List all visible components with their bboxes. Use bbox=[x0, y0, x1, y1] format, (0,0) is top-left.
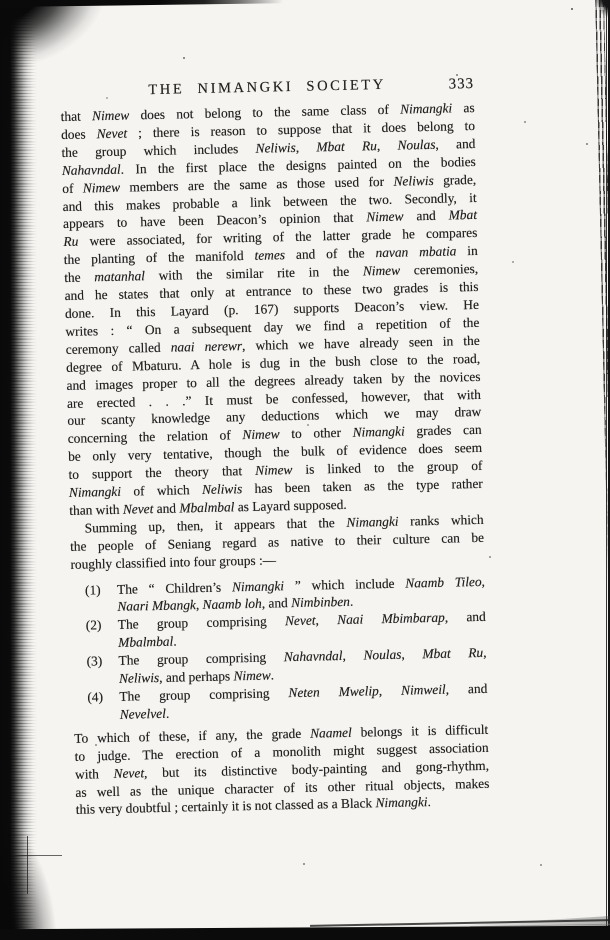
scanned-book-page: THE NIMANGKI SOCIETY 333 that Nimew does… bbox=[0, 0, 610, 940]
scan-bottom-left-corner-shadow bbox=[0, 765, 115, 940]
paragraph: that Nimew does not belong to the same c… bbox=[61, 99, 484, 520]
scan-right-edge bbox=[606, 0, 610, 940]
list-marker: (2) bbox=[86, 617, 102, 635]
page-title: THE NIMANGKI SOCIETY bbox=[148, 77, 386, 98]
list-marker: (1) bbox=[85, 581, 101, 599]
page-number: 333 bbox=[448, 76, 474, 94]
scan-crease-vertical-mark bbox=[27, 836, 28, 894]
list-item: (4)The group comprising Neten Mwelip, Ni… bbox=[73, 680, 488, 725]
list-marker: (3) bbox=[86, 652, 102, 670]
list-marker: (4) bbox=[87, 688, 103, 706]
scan-crease-horizontal-mark bbox=[12, 855, 62, 856]
scan-dust-speckles bbox=[0, 0, 2, 2]
page-content: THE NIMANGKI SOCIETY 333 that Nimew does… bbox=[60, 75, 490, 819]
page-body: that Nimew does not belong to the same c… bbox=[61, 99, 490, 819]
grade-group-list: (1)The “ Children’s Nimangki ” which inc… bbox=[71, 572, 488, 724]
paragraph: To which of these, if any, the grade Naa… bbox=[74, 721, 490, 820]
paragraph: Summing up, then, it appears that the Ni… bbox=[70, 511, 485, 574]
scan-top-left-corner-shadow bbox=[0, 0, 160, 115]
